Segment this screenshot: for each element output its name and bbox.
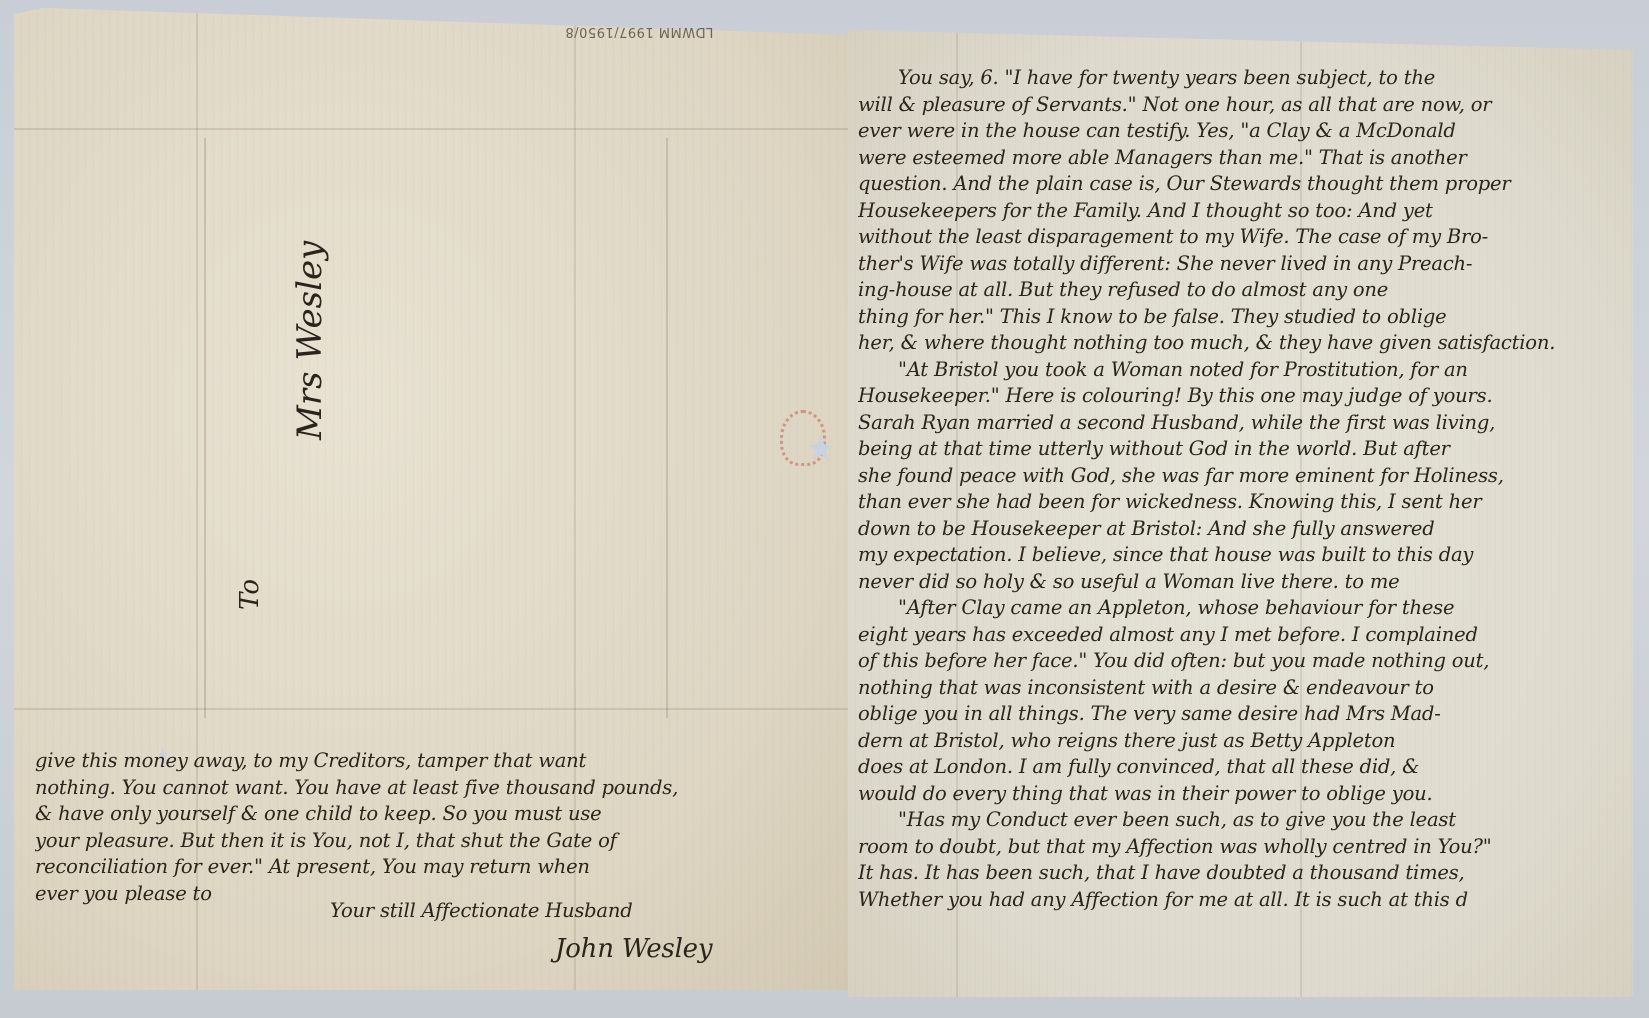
text-line: ther's Wife was totally different: She n…	[858, 251, 1628, 278]
text-line: room to doubt, but that my Affection was…	[858, 834, 1628, 861]
text-line: It has. It has been such, that I have do…	[858, 860, 1628, 887]
text-line: being at that time utterly without God i…	[858, 436, 1628, 463]
text-line: were esteemed more able Managers than me…	[858, 145, 1628, 172]
text-line: oblige you in all things. The very same …	[858, 701, 1628, 728]
text-line: ing-house at all. But they refused to do…	[858, 277, 1628, 304]
text-line: nothing. You cannot want. You have at le…	[35, 775, 815, 802]
text-line: reconciliation for ever." At present, Yo…	[35, 854, 815, 881]
address-recipient: Mrs Wesley	[290, 241, 330, 440]
text-line: her, & where thought nothing too much, &…	[858, 330, 1628, 357]
text-line: does at London. I am fully convinced, th…	[858, 754, 1628, 781]
archive-reference: LDWMM 1997/1950/8	[565, 24, 713, 39]
text-line: "Has my Conduct ever been such, as to gi…	[858, 807, 1628, 834]
text-line: "At Bristol you took a Woman noted for P…	[858, 357, 1628, 384]
text-line: my expectation. I believe, since that ho…	[858, 542, 1628, 569]
letter-signature: John Wesley	[555, 936, 712, 963]
text-line: thing for her." This I know to be false.…	[858, 304, 1628, 331]
text-line: dern at Bristol, who reigns there just a…	[858, 728, 1628, 755]
text-line: nothing that was inconsistent with a des…	[858, 675, 1628, 702]
address-panel	[204, 138, 668, 718]
address-to: To	[235, 579, 265, 610]
text-line: ever were in the house can testify. Yes,…	[858, 118, 1628, 145]
fold-line	[14, 128, 850, 130]
text-line: & have only yourself & one child to keep…	[35, 801, 815, 828]
text-line: without the least disparagement to my Wi…	[858, 224, 1628, 251]
text-line: Sarah Ryan married a second Husband, whi…	[858, 410, 1628, 437]
left-page-text: give this money away, to my Creditors, t…	[35, 748, 815, 907]
text-line: "After Clay came an Appleton, whose beha…	[858, 595, 1628, 622]
text-line: of this before her face." You did often:…	[858, 648, 1628, 675]
text-line: give this money away, to my Creditors, t…	[35, 748, 815, 775]
text-line: Housekeeper." Here is colouring! By this…	[858, 383, 1628, 410]
text-line: never did so holy & so useful a Woman li…	[858, 569, 1628, 596]
text-line: she found peace with God, she was far mo…	[858, 463, 1628, 490]
text-line: will & pleasure of Servants." Not one ho…	[858, 92, 1628, 119]
wax-seal-trace	[780, 410, 826, 466]
right-page-text: You say, 6. "I have for twenty years bee…	[858, 65, 1628, 913]
text-line: You say, 6. "I have for twenty years bee…	[858, 65, 1628, 92]
text-line: down to be Housekeeper at Bristol: And s…	[858, 516, 1628, 543]
text-line: than ever she had been for wickedness. K…	[858, 489, 1628, 516]
letter-closing: Your still Affectionate Husband	[330, 898, 632, 925]
text-line: Housekeepers for the Family. And I thoug…	[858, 198, 1628, 225]
text-line: Whether you had any Affection for me at …	[858, 887, 1628, 914]
text-line: question. And the plain case is, Our Ste…	[858, 171, 1628, 198]
text-line: your pleasure. But then it is You, not I…	[35, 828, 815, 855]
text-line: eight years has exceeded almost any I me…	[858, 622, 1628, 649]
text-line: would do every thing that was in their p…	[858, 781, 1628, 808]
